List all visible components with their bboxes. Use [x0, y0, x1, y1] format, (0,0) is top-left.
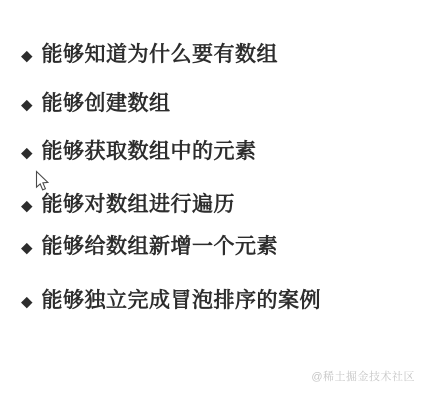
slide: ◆ 能够知道为什么要有数组 ◆ 能够创建数组 ◆ 能够获取数组中的元素 ◆ 能够… [0, 0, 428, 395]
list-item: ◆ 能够知道为什么要有数组 [21, 43, 278, 67]
diamond-bullet-icon: ◆ [21, 240, 33, 255]
list-item-label: 能够独立完成冒泡排序的案例 [42, 289, 322, 313]
diamond-bullet-icon: ◆ [21, 145, 33, 160]
list-item: ◆ 能够获取数组中的元素 [21, 140, 257, 164]
watermark: @稀土掘金技术社区 [311, 368, 415, 384]
diamond-bullet-icon: ◆ [21, 97, 33, 112]
list-item-label: 能够创建数组 [42, 92, 171, 116]
diamond-bullet-icon: ◆ [21, 294, 33, 309]
list-item-label: 能够获取数组中的元素 [42, 140, 257, 164]
diamond-bullet-icon: ◆ [21, 198, 33, 213]
diamond-bullet-icon: ◆ [21, 48, 33, 63]
list-item: ◆ 能够独立完成冒泡排序的案例 [21, 289, 321, 313]
list-item-label: 能够对数组进行遍历 [42, 193, 236, 217]
mouse-cursor-icon [35, 170, 49, 193]
list-item-label: 能够给数组新增一个元素 [42, 235, 279, 259]
list-item-label: 能够知道为什么要有数组 [42, 43, 279, 67]
list-item: ◆ 能够对数组进行遍历 [21, 193, 235, 217]
list-item: ◆ 能够创建数组 [21, 92, 171, 116]
list-item: ◆ 能够给数组新增一个元素 [21, 235, 278, 259]
